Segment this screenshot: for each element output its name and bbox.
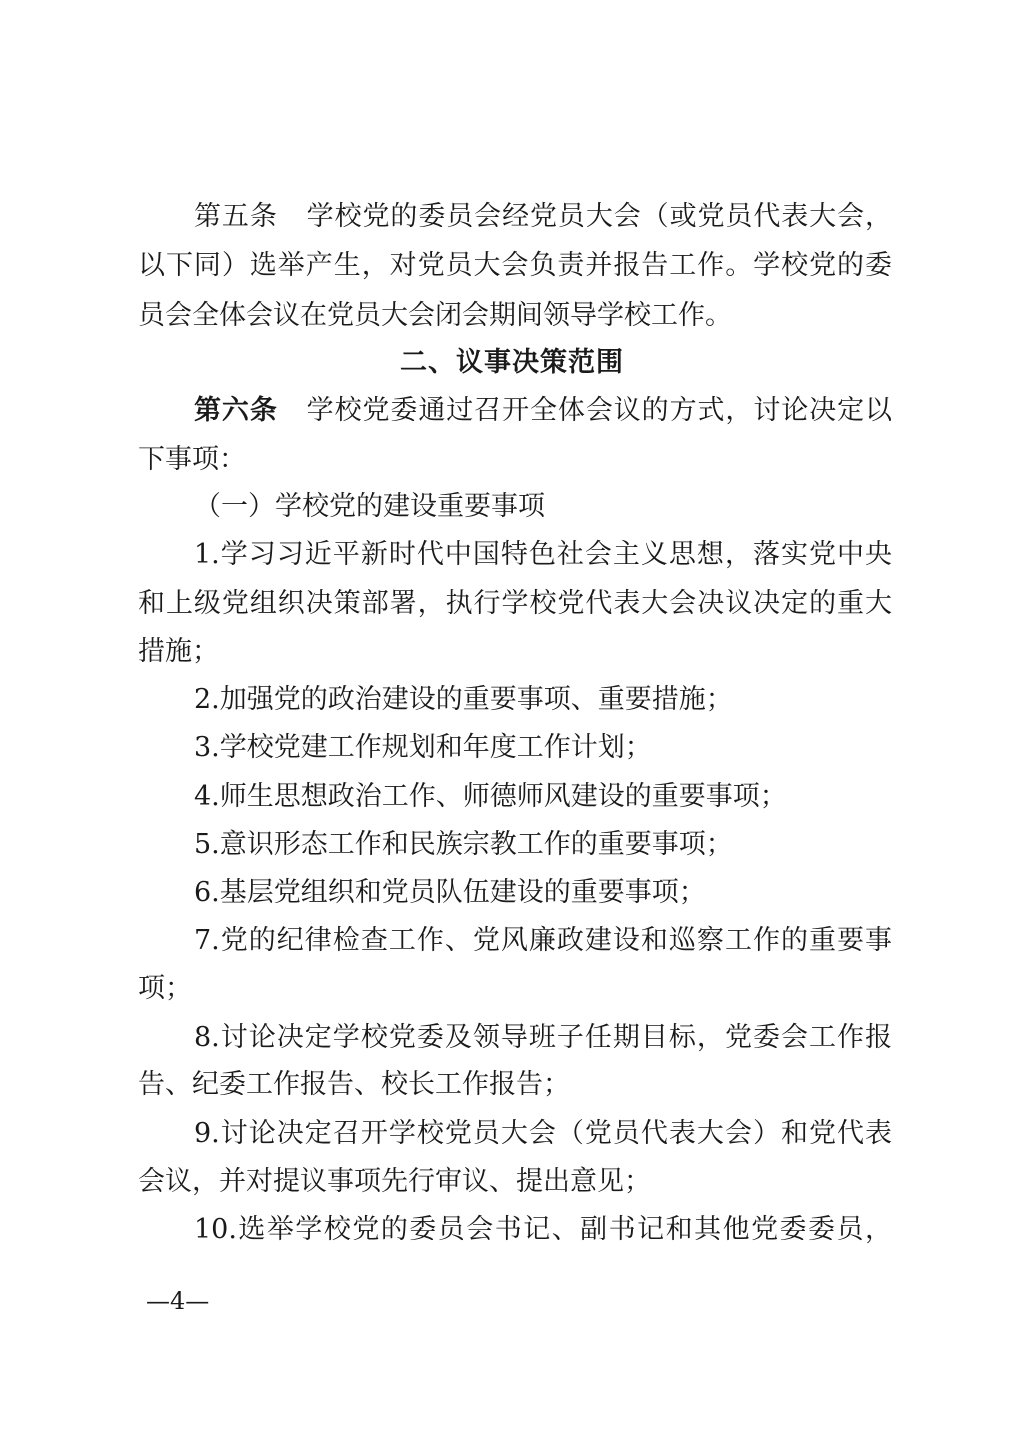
article5-label: 第五条 (194, 201, 278, 232)
article6-line-2: 下事项： (138, 440, 892, 480)
article5-line-1: 第五条学校党的委员会经党员大会（或党员代表大会， (194, 197, 892, 237)
article6-label: 第六条 (194, 395, 278, 426)
article5-line-3: 员会全体会议在党员大会闭会期间领导学校工作。 (138, 296, 892, 336)
item-9-line-2: 会议，并对提议事项先行审议、提出意见； (138, 1162, 892, 1202)
article5-text-1: 学校党的委员会经党员大会（或党员代表大会， (306, 201, 892, 232)
item-9-line-1: 9.讨论决定召开学校党员大会（党员代表大会）和党代表 (194, 1114, 892, 1154)
item-8-line-1: 8.讨论决定学校党委及领导班子任期目标，党委会工作报 (194, 1018, 892, 1058)
subsection-heading: （一）学校党的建设重要事项 (194, 487, 892, 527)
item-1-line-2: 和上级党组织决策部署，执行学校党代表大会决议决定的重大 (138, 584, 892, 624)
item-5: 5.意识形态工作和民族宗教工作的重要事项； (194, 825, 892, 865)
item-2: 2.加强党的政治建设的重要事项、重要措施； (194, 680, 892, 720)
item-1-line-1: 1.学习习近平新时代中国特色社会主义思想，落实党中央 (194, 535, 892, 575)
item-7-line-2: 项； (138, 969, 892, 1009)
section-heading: 二、议事决策范围 (0, 343, 1024, 383)
article6-text-1: 学校党委通过召开全体会议的方式，讨论决定以 (306, 395, 892, 426)
article5-line-2: 以下同）选举产生，对党员大会负责并报告工作。学校党的委 (138, 246, 892, 286)
item-1-line-3: 措施； (138, 632, 892, 672)
article6-line-1: 第六条学校党委通过召开全体会议的方式，讨论决定以 (194, 391, 892, 431)
item-7-line-1: 7.党的纪律检查工作、党风廉政建设和巡察工作的重要事 (194, 921, 892, 961)
page-number: —4— (146, 1284, 209, 1318)
item-8-line-2: 告、纪委工作报告、校长工作报告； (138, 1065, 892, 1105)
item-10-line-1: 10.选举学校党的委员会书记、副书记和其他党委委员， (194, 1210, 892, 1250)
item-6: 6.基层党组织和党员队伍建设的重要事项； (194, 873, 892, 913)
item-4: 4.师生思想政治工作、师德师风建设的重要事项； (194, 777, 892, 817)
item-3: 3.学校党建工作规划和年度工作计划； (194, 728, 892, 768)
document-page: 第五条学校党的委员会经党员大会（或党员代表大会， 以下同）选举产生，对党员大会负… (0, 0, 1024, 1448)
